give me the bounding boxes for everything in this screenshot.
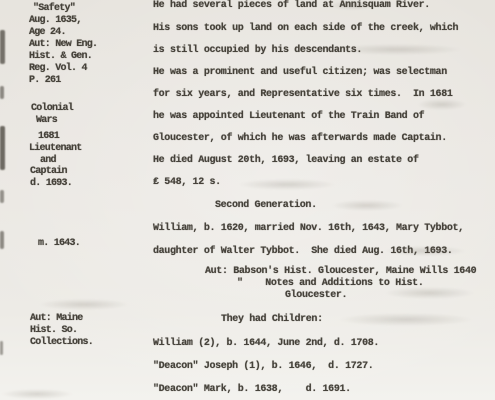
scan-edge-mark	[0, 341, 3, 355]
source-citation-line: Aut: Babson's Hist. Gloucester, Maine Wi…	[205, 267, 476, 277]
margin-note: 1681	[38, 132, 59, 142]
margin-note: Wars	[36, 116, 57, 126]
ink-smudge	[385, 246, 465, 256]
source-citation-line: Gloucester.	[285, 291, 347, 301]
ink-smudge	[2, 389, 72, 399]
margin-note: m. 1643.	[38, 239, 80, 249]
body-line: He was a prominent and useful citizen; w…	[153, 68, 447, 78]
margin-note: Hist. & Gen.	[29, 52, 92, 62]
margin-note: P. 261	[29, 76, 61, 86]
margin-note: Hist. So.	[30, 326, 77, 336]
margin-note: Lieutenant	[29, 144, 82, 154]
scan-edge-mark	[0, 231, 4, 249]
margin-note: d. 1693.	[30, 179, 72, 189]
ink-smudge	[335, 44, 460, 55]
body-line: Gloucester, of which he was afterwards m…	[153, 134, 447, 144]
body-line: is still occupied by his descendants.	[153, 46, 362, 56]
child-entry-line: "Deacon" Mark, b. 1638, d. 1691.	[153, 385, 351, 395]
margin-note: Age 24.	[29, 28, 66, 38]
ink-smudge	[240, 179, 335, 190]
margin-note: Reg. Vol. 4	[29, 64, 87, 74]
ink-smudge	[330, 1, 375, 10]
margin-note: Aut: Maine	[30, 314, 83, 324]
body-line: He died August 20th, 1693, leaving an es…	[153, 156, 419, 166]
scan-edge-mark	[0, 30, 5, 64]
ink-smudge	[40, 299, 128, 310]
body-line: William, b. 1620, married Nov. 16th, 164…	[153, 224, 464, 234]
body-line: He had several pieces of land at Annisqu…	[153, 1, 430, 11]
child-entry-line: William (2), b. 1644, June 2nd, d. 1708.	[153, 339, 379, 349]
ink-smudge	[340, 313, 472, 326]
body-line: he was appointed Lieutenant of the Train…	[153, 112, 424, 122]
margin-note: and	[40, 156, 56, 166]
margin-note: "Safety"	[33, 4, 75, 14]
margin-note: Aut: New Eng.	[29, 40, 97, 50]
margin-note: Collections.	[30, 338, 93, 348]
ink-smudge	[385, 287, 473, 299]
scan-edge-mark	[0, 126, 5, 170]
child-entry-line: "Deacon" Joseph (1), b. 1646, d. 1727.	[153, 362, 373, 372]
scan-edge-mark	[0, 190, 4, 203]
scan-edge-mark	[0, 86, 4, 99]
children-heading: They had Children:	[221, 315, 323, 325]
body-line: for six years, and Representative six ti…	[153, 90, 453, 100]
body-line: His sons took up land on each side of th…	[153, 24, 458, 34]
margin-note: Aug. 1635,	[29, 16, 82, 26]
ink-smudge	[332, 200, 402, 211]
margin-note: Colonial	[31, 104, 73, 114]
ink-smudge	[418, 99, 466, 110]
section-heading: Second Generation.	[215, 201, 317, 211]
margin-note: Captain	[30, 167, 67, 177]
body-line: ₤ 548, 12 s.	[153, 178, 221, 188]
scanned-document-page: "Safety" Aug. 1635, Age 24. Aut: New Eng…	[0, 0, 495, 400]
